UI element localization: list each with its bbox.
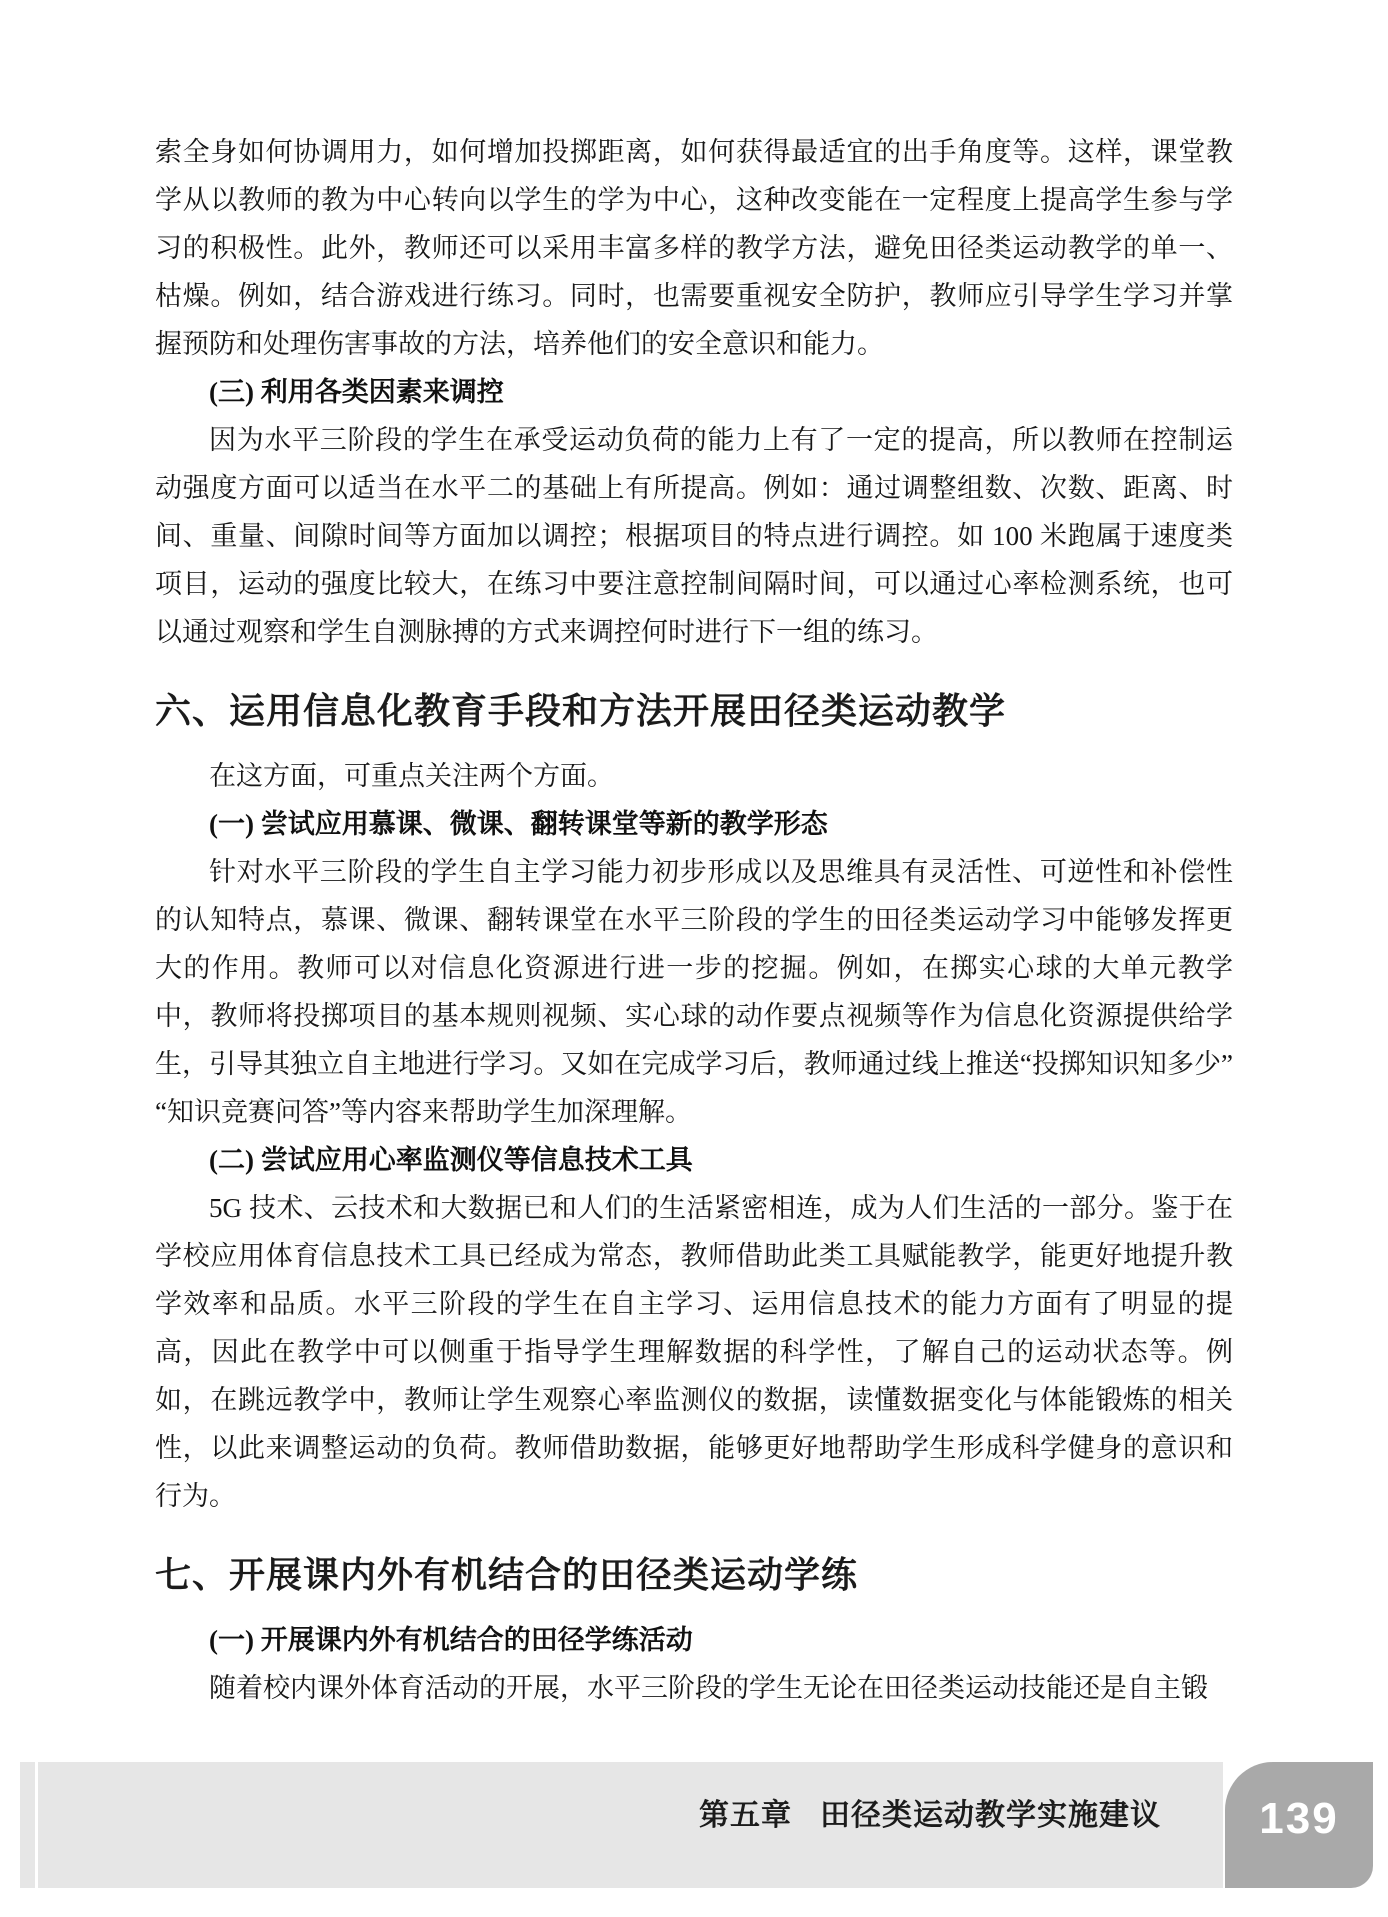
footer-chapter-title: 田径类运动教学实施建议 (820, 1799, 1161, 1832)
footer-left-strip (20, 1762, 35, 1888)
page-content: 索全身如何协调用力，如何增加投掷距离，如何获得最适宜的出手角度等。这样，课堂教学… (155, 128, 1233, 1712)
body-paragraph: 5G 技术、云技术和大数据已和人们的生活紧密相连，成为人们生活的一部分。鉴于在学… (155, 1184, 1233, 1520)
body-paragraph-cutoff: 随着校内课外体育活动的开展，水平三阶段的学生无论在田径类运动技能还是自主锻 (155, 1664, 1233, 1712)
body-paragraph-continued: 索全身如何协调用力，如何增加投掷距离，如何获得最适宜的出手角度等。这样，课堂教学… (155, 128, 1233, 368)
section-heading-7: 七、开展课内外有机结合的田径类运动学练 (155, 1550, 1233, 1600)
body-paragraph: 针对水平三阶段的学生自主学习能力初步形成以及思维具有灵活性、可逆性和补偿性的认知… (155, 848, 1233, 1136)
footer-band: 第五章田径类运动教学实施建议 (38, 1762, 1223, 1888)
subsection-heading-3: (三) 利用各类因素来调控 (155, 368, 1233, 416)
footer-chapter-text: 第五章田径类运动教学实施建议 (699, 1790, 1161, 1834)
subsection-heading-2: (二) 尝试应用心率监测仪等信息技术工具 (155, 1136, 1233, 1184)
body-paragraph: 因为水平三阶段的学生在承受运动负荷的能力上有了一定的提高，所以教师在控制运动强度… (155, 416, 1233, 656)
page-number: 139 (1259, 1794, 1338, 1844)
body-paragraph: 在这方面，可重点关注两个方面。 (155, 752, 1233, 800)
page-number-box: 139 (1225, 1762, 1373, 1888)
subsection-heading-1: (一) 尝试应用慕课、微课、翻转课堂等新的教学形态 (155, 800, 1233, 848)
section-heading-6: 六、运用信息化教育手段和方法开展田径类运动教学 (155, 686, 1233, 736)
footer-chapter-label: 第五章 (699, 1799, 792, 1832)
subsection-heading-1b: (一) 开展课内外有机结合的田径学练活动 (155, 1616, 1233, 1664)
book-page: 索全身如何协调用力，如何增加投掷距离，如何获得最适宜的出手角度等。这样，课堂教学… (0, 0, 1388, 1917)
